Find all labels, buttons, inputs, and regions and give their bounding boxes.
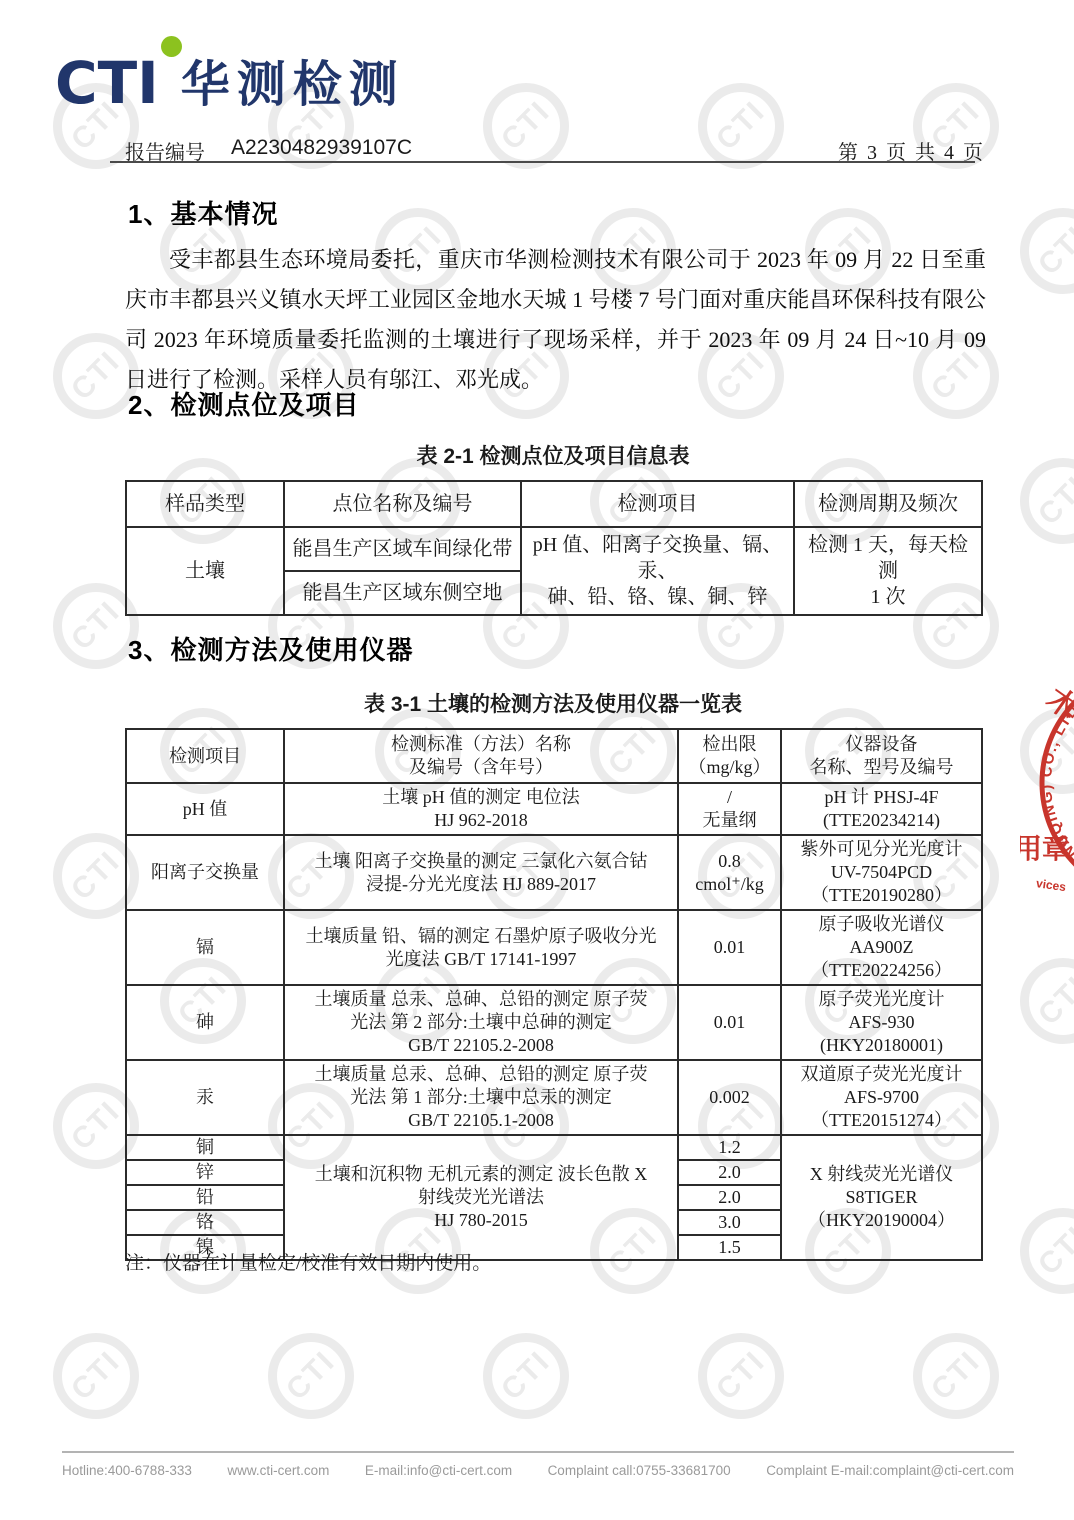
- seal-char-mid: 用章: [1020, 832, 1070, 864]
- company-name-cn: 华测检测: [181, 61, 405, 112]
- section3-title: 3、检测方法及使用仪器: [128, 630, 413, 667]
- table31-item: 铅: [126, 1185, 284, 1210]
- table21-header-items: 检测项目: [521, 481, 794, 527]
- table-monitoring-points: 样品类型 点位名称及编号 检测项目 检测周期及频次 土壤 能昌生产区域车间绿化带…: [125, 480, 983, 616]
- table31-item: 砷: [126, 985, 284, 1060]
- table31-method-xrf: 土壤和沉积物 无机元素的测定 波长色散 X 射线荧光光谱法 HJ 780-201…: [284, 1135, 678, 1260]
- seal-text-bottom: vices: [1035, 876, 1067, 894]
- table31-limit: 3.0: [678, 1210, 781, 1235]
- table31-limit: 0.8 cmol⁺/kg: [678, 835, 781, 910]
- table31-note: 注：仪器在计量检定/校准有效日期内使用。: [125, 1248, 491, 1275]
- table31-header-method: 检测标准（方法）名称 及编号（含年号）: [284, 729, 678, 783]
- table31-instrument-xrf: X 射线荧光光谱仪 S8TIGER （HKY20190004）: [781, 1135, 982, 1260]
- table21-cell-location1: 能昌生产区域车间绿化带: [284, 527, 521, 571]
- table21-cell-sample-type: 土壤: [126, 527, 284, 615]
- section1-title: 1、基本情况: [128, 194, 278, 231]
- footer-contact-row: Hotline:400-6788-333 www.cti-cert.com E-…: [62, 1463, 1014, 1478]
- company-logo: CTI 华测检测: [55, 34, 405, 112]
- table31-method: 土壤质量 总汞、总砷、总铅的测定 原子荧 光法 第 2 部分:土壤中总砷的测定 …: [284, 985, 678, 1060]
- table31-item: 阳离子交换量: [126, 835, 284, 910]
- table21-cell-items: pH 值、阳离子交换量、镉、汞、 砷、铅、铬、镍、铜、锌: [521, 527, 794, 615]
- footer-website: www.cti-cert.com: [227, 1463, 329, 1478]
- cti-logo-text: CTI: [55, 34, 159, 112]
- report-page: CTICTICTICTICTICTICTICTICTICTICTICTICTIC…: [0, 0, 1074, 1520]
- table31-method: 土壤 阳离子交换量的测定 三氯化六氨合钴 浸提-分光光度法 HJ 889-201…: [284, 835, 678, 910]
- footer-complaint-call: Complaint call:0755-33681700: [548, 1463, 731, 1478]
- section2-title: 2、检测点位及项目: [128, 385, 359, 422]
- table31-limit: 1.2: [678, 1135, 781, 1160]
- table21-caption: 表 2-1 检测点位及项目信息表: [125, 440, 981, 470]
- table31-limit: 1.5: [678, 1235, 781, 1260]
- table31-method: 土壤 pH 值的测定 电位法 HJ 962-2018: [284, 783, 678, 835]
- header-divider: [110, 161, 975, 163]
- footer-hotline: Hotline:400-6788-333: [62, 1463, 192, 1478]
- table21-cell-frequency: 检测 1 天，每天检测 1 次: [794, 527, 982, 615]
- footer-email: E-mail:info@cti-cert.com: [365, 1463, 512, 1478]
- table31-instrument: 原子荧光光度计 AFS-930 (HKY20180001): [781, 985, 982, 1060]
- logo-green-dot-icon: [161, 36, 182, 57]
- table31-item: pH 值: [126, 783, 284, 835]
- table31-item: 锌: [126, 1160, 284, 1185]
- table31-limit: 0.01: [678, 985, 781, 1060]
- table31-limit: / 无量纲: [678, 783, 781, 835]
- table31-limit: 2.0: [678, 1185, 781, 1210]
- table31-instrument: 双道原子荧光光度计 AFS-9700 （TTE20151274）: [781, 1060, 982, 1135]
- seal-char-top: 木: [1040, 682, 1074, 726]
- table31-limit: 0.01: [678, 910, 781, 985]
- table31-instrument: 原子吸收光谱仪 AA900Z （TTE20224256）: [781, 910, 982, 985]
- section1-paragraph: 受丰都县生态环境局委托，重庆市华测检测技术有限公司于 2023 年 09 月 2…: [125, 240, 986, 400]
- table31-item: 铬: [126, 1210, 284, 1235]
- table21-cell-location2: 能昌生产区域东侧空地: [284, 571, 521, 615]
- table21-header-location: 点位名称及编号: [284, 481, 521, 527]
- table31-caption: 表 3-1 土壤的检测方法及使用仪器一览表: [125, 688, 981, 718]
- official-seal-icon: (CHONGQING) CO., LTD. 木 用章 vices: [1020, 650, 1074, 920]
- table21-header-frequency: 检测周期及频次: [794, 481, 982, 527]
- table31-header-item: 检测项目: [126, 729, 284, 783]
- table31-method: 土壤质量 总汞、总砷、总铅的测定 原子荧 光法 第 1 部分:土壤中总汞的测定 …: [284, 1060, 678, 1135]
- table31-header-instrument: 仪器设备 名称、型号及编号: [781, 729, 982, 783]
- footer-complaint-email: Complaint E-mail:complaint@cti-cert.com: [766, 1463, 1014, 1478]
- table31-instrument: 紫外可见分光光度计 UV-7504PCD （TTE20190280）: [781, 835, 982, 910]
- table31-header-limit: 检出限 （mg/kg）: [678, 729, 781, 783]
- table31-instrument: pH 计 PHSJ-4F (TTE20234214): [781, 783, 982, 835]
- table-methods-instruments: 检测项目 检测标准（方法）名称 及编号（含年号） 检出限 （mg/kg） 仪器设…: [125, 728, 983, 1261]
- table21-header-sample-type: 样品类型: [126, 481, 284, 527]
- table31-limit: 0.002: [678, 1060, 781, 1135]
- table31-method: 土壤质量 铅、镉的测定 石墨炉原子吸收分光 光度法 GB/T 17141-199…: [284, 910, 678, 985]
- table31-limit: 2.0: [678, 1160, 781, 1185]
- table31-item: 铜: [126, 1135, 284, 1160]
- table31-item: 汞: [126, 1060, 284, 1135]
- table31-item: 镉: [126, 910, 284, 985]
- footer-divider: [62, 1451, 1014, 1453]
